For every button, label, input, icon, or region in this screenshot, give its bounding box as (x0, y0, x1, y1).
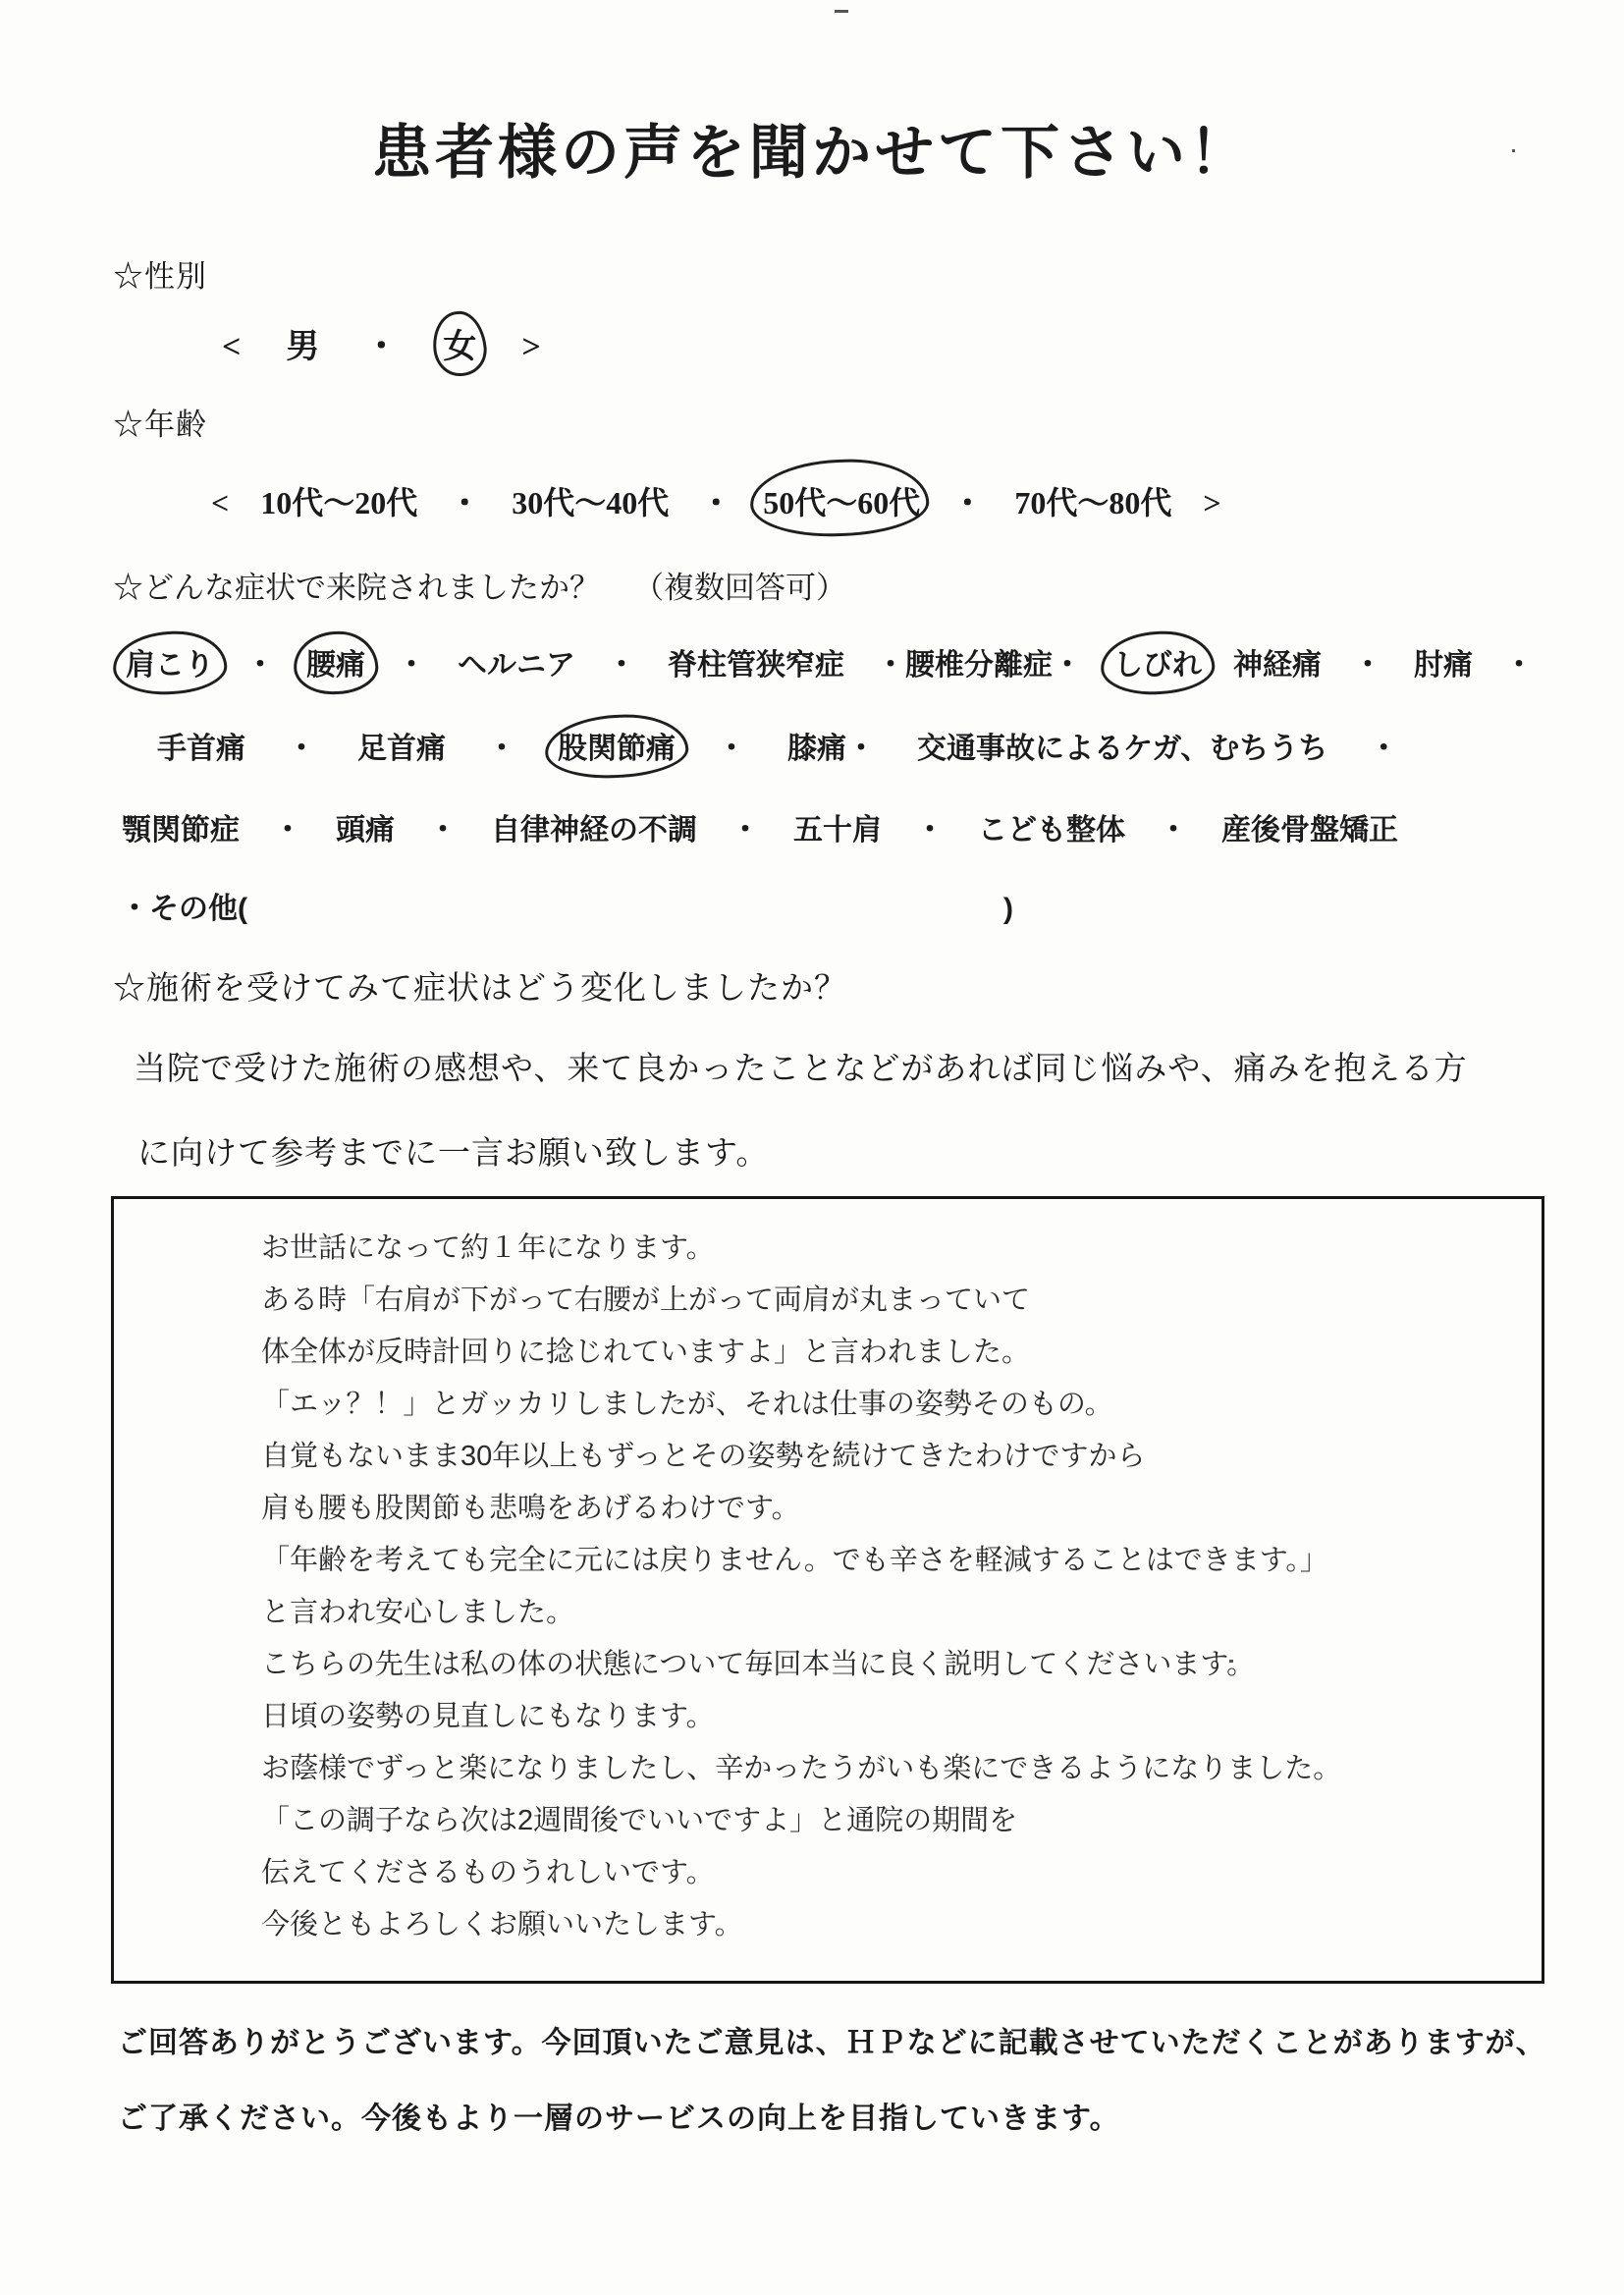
feedback-line: と言われ安心しました。 (261, 1587, 1341, 1639)
feedback-text: お世話になって約１年になります。ある時「右肩が下がって右腰が上がって両肩が丸まっ… (261, 1223, 1341, 1951)
option-label: ヘルニア (458, 640, 575, 683)
feedback-line: 「この調子なら次は2週間後でいいですよ」と通院の期間を (261, 1795, 1341, 1847)
age-options-row: <10代～20代・30代～40代・50代～60代・70代～80代> (211, 478, 1253, 523)
dot-separator: ・ (915, 805, 945, 848)
dot-separator: ・ (487, 724, 516, 767)
symptoms-note: （複数回答可） (633, 563, 846, 607)
option-label: 交通事故によるケガ、むちうち (917, 724, 1327, 767)
dot-separator: ・ (1504, 640, 1534, 683)
dot-separator: ・ (449, 478, 480, 523)
feedback-line: 肩も腰も股関節も悲鳴をあげるわけです。 (261, 1483, 1341, 1535)
option-label: 足首痛 (357, 724, 446, 767)
footer-line-2: ご了承ください。今後もより一層のサービスの向上を目指していきます。 (118, 2094, 1120, 2137)
symptoms-row-1: 肩こり・腰痛・ヘルニア・脊柱管狭窄症・腰椎分離症・しびれ神経痛・肘痛・ (126, 640, 1565, 683)
option-label: こども整体 (978, 805, 1125, 848)
dot-separator: ・ (245, 640, 275, 683)
dot-separator: ・ (1353, 640, 1382, 683)
symptoms-question: ☆どんな症状で来院されましたか？ (113, 571, 600, 605)
option-label: 膝痛・ (787, 724, 876, 767)
dot-separator: ・ (700, 478, 731, 523)
option-label: 頭痛 (336, 805, 395, 848)
bracket: > (1203, 485, 1220, 521)
feedback-line: 「エッ？！」とガッカリしましたが、それは仕事の姿勢そのもの。 (261, 1379, 1341, 1431)
prompt-line-1: 当院で受けた施術の感想や、来て良かったことなどがあれば同じ悩みや、痛みを抱える方 (134, 1043, 1468, 1089)
dot-separator: ・ (951, 478, 983, 523)
feedback-line: こちらの先生は私の体の状態について毎回本当に良く説明してくださいます。 (261, 1639, 1341, 1691)
feedback-line: 日頃の姿勢の見直しにもなります。 (261, 1691, 1341, 1743)
bracket: < (211, 485, 229, 521)
page-title: 患者様の声を聞かせて下さい！ (0, 106, 1624, 191)
dot-separator: ・ (731, 805, 760, 848)
feedback-line: 今後ともよろしくお願いいたします。 (261, 1899, 1341, 1951)
age-section-label: ☆年齢 (113, 400, 207, 444)
circled-option: 肩こり (126, 640, 214, 683)
dot-separator: ・ (1369, 724, 1398, 767)
circled-option: 腰痛 (306, 640, 365, 683)
treatment-question: ☆施術を受けてみて症状はどう変化しましたか？ (113, 962, 847, 1009)
dot-separator: ・ (607, 640, 636, 683)
prompt-line-2: に向けて参考までに一言お願い致します。 (137, 1127, 769, 1174)
feedback-line: お世話になって約１年になります。 (261, 1223, 1341, 1275)
feedback-line: 「年齢を考えても完全に元には戻りません。でも辛さを軽減することはできます。」 (261, 1535, 1341, 1587)
symptoms-row-2: 手首痛・足首痛・股関節痛・膝痛・交通事故によるケガ、むちうち・ (157, 724, 1439, 767)
dot-separator: ・ (1159, 805, 1188, 848)
dot-separator: ・ (364, 319, 398, 367)
dot-separator: ・ (273, 805, 302, 848)
symptoms-row-3: 顎関節症・頭痛・自律神経の不調・五十肩・こども整体・産後骨盤矯正 (122, 805, 1432, 848)
other-option-suffix: ) (1003, 893, 1013, 925)
option-label: 10代～20代 (260, 478, 417, 523)
option-label: 脊柱管狭窄症 (668, 640, 844, 683)
scan-speck (1229, 1660, 1233, 1663)
other-option-prefix: ・その他( (120, 893, 247, 925)
option-label: ・腰椎分離症・ (876, 640, 1082, 683)
symptoms-other-row: ・その他() (120, 884, 1013, 927)
option-label: 手首痛 (157, 724, 245, 767)
circled-option: 女 (443, 319, 476, 367)
option-label: 顎関節症 (122, 805, 240, 848)
dot-separator: ・ (397, 640, 426, 683)
dot-separator: ・ (717, 724, 746, 767)
feedback-line: 体全体が反時計回りに捻じれていますよ」と言われました。 (261, 1327, 1341, 1379)
bracket: > (521, 329, 540, 366)
circled-option: 股関節痛 (558, 724, 676, 767)
feedback-line: お蔭様でずっと楽になりましたし、辛かったうがいも楽にできるようになりました。 (261, 1743, 1341, 1795)
option-label: 肘痛 (1414, 640, 1473, 683)
option-label: 五十肩 (793, 805, 882, 848)
bracket: < (222, 329, 241, 366)
option-label: 神経痛 (1233, 640, 1322, 683)
option-label: 男 (286, 319, 319, 367)
circled-option: しびれ (1113, 640, 1202, 683)
gender-section-label: ☆性別 (113, 251, 207, 296)
scan-speck (1512, 149, 1515, 152)
scan-speck (835, 10, 848, 13)
dot-separator: ・ (287, 724, 316, 767)
option-label: 自律神経の不調 (491, 805, 697, 848)
scanned-questionnaire-page: 患者様の声を聞かせて下さい！ ☆性別 <男・女> ☆年齢 <10代～20代・30… (0, 0, 1624, 2295)
feedback-box: お世話になって約１年になります。ある時「右肩が下がって右腰が上がって両肩が丸まっ… (111, 1196, 1544, 1984)
option-label: 30代～40代 (512, 478, 669, 523)
option-label: 産後骨盤矯正 (1221, 805, 1398, 848)
feedback-line: ある時「右肩が下がって右腰が上がって両肩が丸まっていて (261, 1275, 1341, 1327)
feedback-line: 自覚もないまま30年以上もずっとその姿勢を続けてきたわけですから (261, 1431, 1341, 1483)
footer-line-1: ご回答ありがとうございます。今回頂いたご意見は、ＨＰなどに記載させていただくこと… (118, 2018, 1546, 2061)
gender-options-row: <男・女> (222, 319, 586, 367)
feedback-line: 伝えてくださるものうれしいです。 (261, 1847, 1341, 1899)
symptoms-question-row: ☆どんな症状で来院されましたか？（複数回答可） (113, 563, 846, 607)
dot-separator: ・ (428, 805, 458, 848)
option-label: 70代～80代 (1014, 478, 1171, 523)
circled-option: 50代～60代 (763, 478, 920, 523)
